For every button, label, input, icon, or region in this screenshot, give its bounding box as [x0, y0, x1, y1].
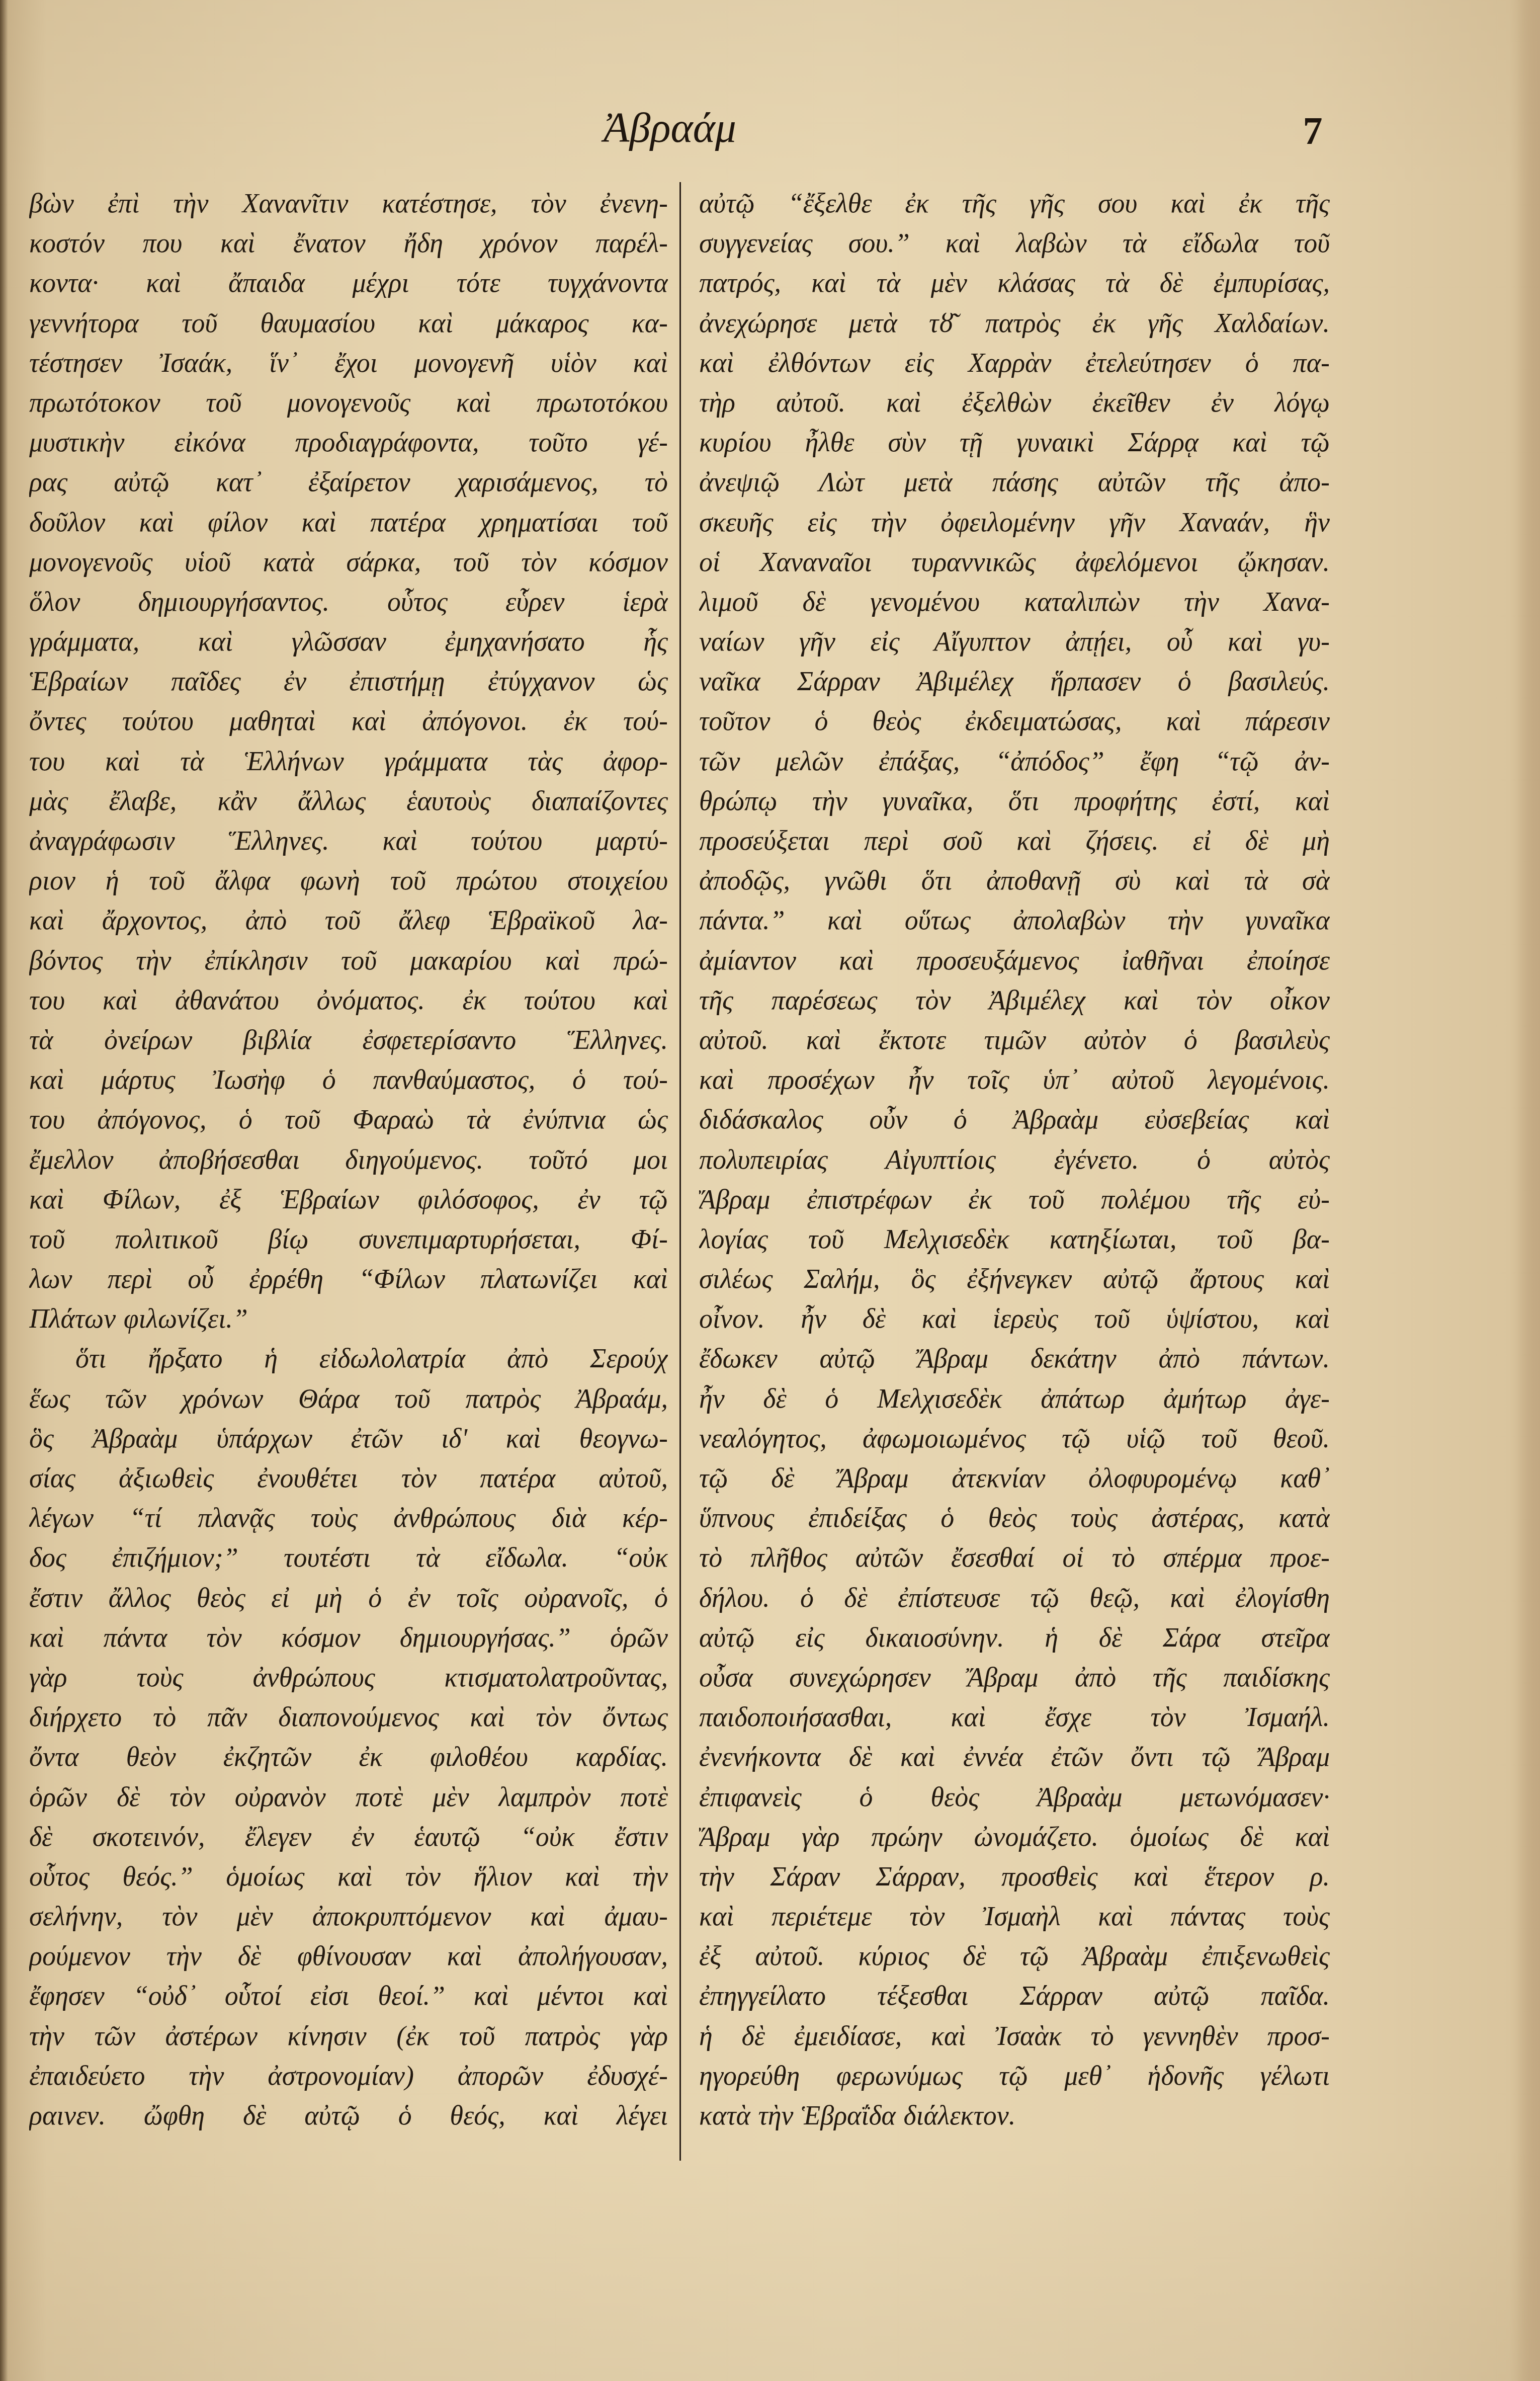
- text-line: τοῦ πολιτικοῦ βίῳ συνεπιμαρτυρήσεται, Φί…: [29, 1219, 668, 1259]
- text-line: ὄντες τούτου μαθηταὶ καὶ ἀπόγονοι. ἐκ το…: [29, 701, 668, 741]
- text-line: αὐτῷ “ἔξελθε ἐκ τῆς γῆς σου καὶ ἐκ τῆς: [699, 184, 1330, 223]
- text-line: ὄντα θεὸν ἐκζητῶν ἐκ φιλοθέου καρδίας.: [29, 1737, 668, 1777]
- text-line: αὐτοῦ. καὶ ἔκτοτε τιμῶν αὐτὸν ὁ βασιλεὺς: [699, 1020, 1330, 1060]
- text-line: ἔμελλον ἀποβήσεσθαι διηγούμενος. τοῦτό μ…: [29, 1140, 668, 1180]
- text-line: δος ἐπιζήμιον;” τουτέστι τὰ εἴδωλα. “οὐκ: [29, 1538, 668, 1578]
- text-line: τὴν τῶν ἀστέρων κίνησιν (ἐκ τοῦ πατρὸς γ…: [29, 2016, 668, 2056]
- text-line: ὃς Ἀβραὰμ ὑπάρχων ἐτῶν ιδʹ καὶ θεογνω-: [29, 1419, 668, 1458]
- text-line: τέστησεν Ἰσαάκ, ἵν᾽ ἔχοι μονογενῆ υἱὸν κ…: [29, 343, 668, 383]
- text-line: κοντα· καὶ ἄπαιδα μέχρι τότε τυγχάνοντα: [29, 263, 668, 303]
- text-line: λέγων “τί πλανᾷς τοὺς ἀνθρώπους διὰ κέρ-: [29, 1498, 668, 1538]
- page-edge-left: [0, 0, 8, 2381]
- text-line: γράμματα, καὶ γλῶσσαν ἐμηχανήσατο ἧς: [29, 622, 668, 662]
- text-line: ρας αὐτῷ κατ᾽ ἐξαίρετον χαρισάμενος, τὸ: [29, 462, 668, 502]
- text-line: καὶ ἐλθόντων εἰς Χαρρὰν ἐτελεύτησεν ὁ πα…: [699, 343, 1330, 383]
- text-line: Ἄβραμ ἐπιστρέφων ἐκ τοῦ πολέμου τῆς εὐ-: [699, 1180, 1330, 1219]
- text-line: πολυπειρίας Αἰγυπτίοις ἐγένετο. ὁ αὐτὸς: [699, 1140, 1330, 1180]
- text-line: τὴρ αὐτοῦ. καὶ ἐξελθὼν ἐκεῖθεν ἐν λόγῳ: [699, 383, 1330, 423]
- text-line: σκευῆς εἰς τὴν ὀφειλομένην γῆν Χαναάν, ἣ…: [699, 503, 1330, 542]
- text-line: ἀποδῷς, γνῶθι ὅτι ἀποθανῇ σὺ καὶ τὰ σὰ: [699, 861, 1330, 900]
- text-line: οὖσα συνεχώρησεν Ἄβραμ ἀπὸ τῆς παιδίσκης: [699, 1658, 1330, 1697]
- text-line: τῷ δὲ Ἄβραμ ἀτεκνίαν ὀλοφυρομένῳ καθ᾽: [699, 1458, 1330, 1498]
- text-line: ηγορεύθη φερωνύμως τῷ μεθ᾽ ἡδονῆς γέλωτι: [699, 2056, 1330, 2096]
- text-line: τῶν μελῶν ἐπάξας, “ἀπόδος” ἔφη “τῷ ἀν-: [699, 742, 1330, 781]
- text-line: μὰς ἔλαβε, κἂν ἄλλως ἑαυτοὺς διαπαίζοντε…: [29, 781, 668, 821]
- text-line: οἱ Χαναναῖοι τυραννικῶς ἀφελόμενοι ᾤκησα…: [699, 542, 1330, 582]
- text-line: γὰρ τοὺς ἀνθρώπους κτισματολατροῦντας,: [29, 1658, 668, 1697]
- text-line: τῆς παρέσεως τὸν Ἀβιμέλεχ καὶ τὸν οἶκον: [699, 980, 1330, 1020]
- text-line: θρώπῳ τὴν γυναῖκα, ὅτι προφήτης ἐστί, κα…: [699, 781, 1330, 821]
- paragraph-start-line: ὅτι ἤρξατο ἡ εἰδωλολατρία ἀπὸ Σερούχ: [29, 1339, 668, 1378]
- text-line: συγγενείας σου.” καὶ λαβὼν τὰ εἴδωλα τοῦ: [699, 223, 1330, 263]
- text-line: τὸ πλῆθος αὐτῶν ἔσεσθαί οἱ τὸ σπέρμα προ…: [699, 1538, 1330, 1578]
- text-line: κυρίου ἦλθε σὺν τῇ γυναικὶ Σάρρᾳ καὶ τῷ: [699, 423, 1330, 462]
- text-line: ὅλον δημιουργήσαντος. οὗτος εὗρεν ἱερὰ: [29, 582, 668, 622]
- text-line: μυστικὴν εἰκόνα προδιαγράφοντα, τοῦτο γέ…: [29, 423, 668, 462]
- text-line: ρούμενον τὴν δὲ φθίνουσαν καὶ ἀπολήγουσα…: [29, 1936, 668, 1976]
- text-line: δοῦλον καὶ φίλον καὶ πατέρα χρηματίσαι τ…: [29, 503, 668, 542]
- text-line: καὶ περιέτεμε τὸν Ἰσμαὴλ καὶ πάντας τοὺς: [699, 1897, 1330, 1936]
- text-line: Ἄβραμ γὰρ πρώην ὠνομάζετο. ὁμοίως δὲ καὶ: [699, 1817, 1330, 1857]
- text-line: ριον ἡ τοῦ ἄλφα φωνὴ τοῦ πρώτου στοιχείο…: [29, 861, 668, 900]
- text-line: λογίας τοῦ Μελχισεδὲκ κατηξίωται, τοῦ βα…: [699, 1219, 1330, 1259]
- text-line: του καὶ τὰ Ἑλλήνων γράμματα τὰς ἀφορ-: [29, 742, 668, 781]
- text-line: δὲ σκοτεινόν, ἔλεγεν ἐν ἑαυτῷ “οὐκ ἔστιν: [29, 1817, 668, 1857]
- text-line: τὴν Σάραν Σάρραν, προσθεὶς καὶ ἕτερον ρ.: [699, 1857, 1330, 1897]
- text-line: του καὶ ἀθανάτου ὀνόματος. ἐκ τούτου καὶ: [29, 980, 668, 1020]
- text-line: ἐπιφανεὶς ὁ θεὸς Ἀβραὰμ μετωνόμασεν·: [699, 1777, 1330, 1817]
- text-line: ἀνεχώρησε μετὰ τȣ͂ πατρὸς ἐκ γῆς Χαλδαίω…: [699, 303, 1330, 343]
- text-line: ἦν δὲ ὁ Μελχισεδὲκ ἀπάτωρ ἀμήτωρ ἀγε-: [699, 1379, 1330, 1419]
- text-line: ἐξ αὐτοῦ. κύριος δὲ τῷ Ἀβραὰμ ἐπιξενωθεὶ…: [699, 1936, 1330, 1976]
- text-line: καὶ προσέχων ἦν τοῖς ὑπ᾽ αὐτοῦ λεγομένοι…: [699, 1060, 1330, 1100]
- text-line: βόντος τὴν ἐπίκλησιν τοῦ μακαρίου καὶ πρ…: [29, 941, 668, 980]
- text-line: ἐπαιδεύετο τὴν ἀστρονομίαν) ἀπορῶν ἐδυσχ…: [29, 2056, 668, 2096]
- left-column: βὼν ἐπὶ τὴν Χανανῖτιν κατέστησε, τὸν ἐνε…: [29, 184, 668, 2136]
- text-line: ὕπνους ἐπιδείξας ὁ θεὸς τοὺς ἀστέρας, κα…: [699, 1498, 1330, 1538]
- text-line: ἡ δὲ ἐμειδίασε, καὶ Ἰσαὰκ τὸ γεννηθὲν πρ…: [699, 2016, 1330, 2056]
- text-line: σιλέως Σαλήμ, ὃς ἐξήνεγκεν αὐτῷ ἄρτους κ…: [699, 1259, 1330, 1299]
- text-line: ὁρῶν δὲ τὸν οὐρανὸν ποτὲ μὲν λαμπρὸν ποτ…: [29, 1777, 668, 1817]
- text-line: ἀναγράφωσιν Ἕλληνες. καὶ τούτου μαρτύ-: [29, 821, 668, 861]
- text-line: λιμοῦ δὲ γενομένου καταλιπὼν τὴν Χανα-: [699, 582, 1330, 622]
- text-line: τοῦτον ὁ θεὸς ἐκδειματώσας, καὶ πάρεσιν: [699, 701, 1330, 741]
- text-line: παιδοποιήσασθαι, καὶ ἔσχε τὸν Ἰσμαήλ.: [699, 1697, 1330, 1737]
- text-line: ἀνεψιῷ Λὼτ μετὰ πάσης αὐτῶν τῆς ἀπο-: [699, 462, 1330, 502]
- text-line: διήρχετο τὸ πᾶν διαπονούμενος καὶ τὸν ὄν…: [29, 1697, 668, 1737]
- text-line: του ἀπόγονος, ὁ τοῦ Φαραὼ τὰ ἐνύπνια ὡς: [29, 1100, 668, 1139]
- text-line: οὗτος θεός.” ὁμοίως καὶ τὸν ἥλιον καὶ τὴ…: [29, 1857, 668, 1897]
- text-line: βὼν ἐπὶ τὴν Χανανῖτιν κατέστησε, τὸν ἐνε…: [29, 184, 668, 223]
- text-line: ἔφησεν “οὐδ᾽ οὗτοί εἰσι θεοί.” καὶ μέντο…: [29, 1976, 668, 2016]
- text-line: ραινεν. ὤφθη δὲ αὐτῷ ὁ θεός, καὶ λέγει: [29, 2096, 668, 2136]
- paragraph-end-line: Πλάτων φιλωνίζει.”: [29, 1299, 668, 1339]
- text-line: τὰ ὀνείρων βιβλία ἐσφετερίσαντο Ἕλληνες.: [29, 1020, 668, 1060]
- text-line: δήλου. ὁ δὲ ἐπίστευσε τῷ θεῷ, καὶ ἐλογίσ…: [699, 1578, 1330, 1618]
- text-line: καὶ Φίλων, ἐξ Ἑβραίων φιλόσοφος, ἐν τῷ: [29, 1180, 668, 1219]
- text-line: σίας ἀξιωθεὶς ἐνουθέτει τὸν πατέρα αὐτοῦ…: [29, 1458, 668, 1498]
- text-line: ἔδωκεν αὐτῷ Ἄβραμ δεκάτην ἀπὸ πάντων.: [699, 1339, 1330, 1378]
- text-line: καὶ ἄρχοντος, ἀπὸ τοῦ ἄλεφ Ἑβραϊκοῦ λα-: [29, 900, 668, 940]
- text-line: ἐνενήκοντα δὲ καὶ ἐννέα ἐτῶν ὄντι τῷ Ἄβρ…: [699, 1737, 1330, 1777]
- text-line: κοστόν που καὶ ἔνατον ἤδη χρόνον παρέλ-: [29, 223, 668, 263]
- column-divider: [679, 182, 681, 2161]
- text-line: πατρός, καὶ τὰ μὲν κλάσας τὰ δὲ ἐμπυρίσα…: [699, 263, 1330, 303]
- text-line: πρωτότοκον τοῦ μονογενοῦς καὶ πρωτοτόκου: [29, 383, 668, 423]
- paragraph-end-line: κατὰ τὴν Ἑβραΐδα διάλεκτον.: [699, 2096, 1330, 2136]
- text-line: ἕως τῶν χρόνων Θάρα τοῦ πατρὸς Ἀβραάμ,: [29, 1379, 668, 1419]
- text-line: ἀμίαντον καὶ προσευξάμενος ἰαθῆναι ἐποίη…: [699, 941, 1330, 980]
- text-line: οἶνον. ἦν δὲ καὶ ἱερεὺς τοῦ ὑψίστου, καὶ: [699, 1299, 1330, 1339]
- text-line: σελήνην, τὸν μὲν ἀποκρυπτόμενον καὶ ἀμαυ…: [29, 1897, 668, 1936]
- text-line: λων περὶ οὗ ἐρρέθη “Φίλων πλατωνίζει καὶ: [29, 1259, 668, 1299]
- text-line: ἐπηγγείλατο τέξεσθαι Σάρραν αὐτῷ παῖδα.: [699, 1976, 1330, 2016]
- text-line: νεαλόγητος, ἀφωμοιωμένος τῷ υἱῷ τοῦ θεοῦ…: [699, 1419, 1330, 1458]
- text-line: διδάσκαλος οὖν ὁ Ἀβραὰμ εὐσεβείας καὶ: [699, 1100, 1330, 1139]
- page-edge-right: [1517, 0, 1540, 2381]
- text-line: γεννήτορα τοῦ θαυμασίου καὶ μάκαρος κα-: [29, 303, 668, 343]
- text-line: πάντα.” καὶ οὕτως ἀπολαβὼν τὴν γυναῖκα: [699, 900, 1330, 940]
- text-line: ναῖκα Σάρραν Ἀβιμέλεχ ἥρπασεν ὁ βασιλεύς…: [699, 662, 1330, 701]
- text-line: ἔστιν ἄλλος θεὸς εἰ μὴ ὁ ἐν τοῖς οὐρανοῖ…: [29, 1578, 668, 1618]
- text-line: Ἑβραίων παῖδες ἐν ἐπιστήμῃ ἐτύγχανον ὡς: [29, 662, 668, 701]
- text-line: μονογενοῦς υἱοῦ κατὰ σάρκα, τοῦ τὸν κόσμ…: [29, 542, 668, 582]
- text-line: προσεύξεται περὶ σοῦ καὶ ζήσεις. εἰ δὲ μ…: [699, 821, 1330, 861]
- right-column: αὐτῷ “ἔξελθε ἐκ τῆς γῆς σου καὶ ἐκ τῆς σ…: [699, 184, 1330, 2136]
- page-number: 7: [1298, 108, 1328, 153]
- text-line: ναίων γῆν εἰς Αἴγυπτον ἀπῄει, οὗ καὶ γυ-: [699, 622, 1330, 662]
- text-line: αὐτῷ εἰς δικαιοσύνην. ἡ δὲ Σάρα στεῖρα: [699, 1618, 1330, 1658]
- text-line: καὶ πάντα τὸν κόσμον δημιουργήσας.” ὁρῶν: [29, 1618, 668, 1658]
- text-line: καὶ μάρτυς Ἰωσὴφ ὁ πανθαύμαστος, ὁ τού-: [29, 1060, 668, 1100]
- running-head: Ἀβραάμ: [569, 103, 771, 153]
